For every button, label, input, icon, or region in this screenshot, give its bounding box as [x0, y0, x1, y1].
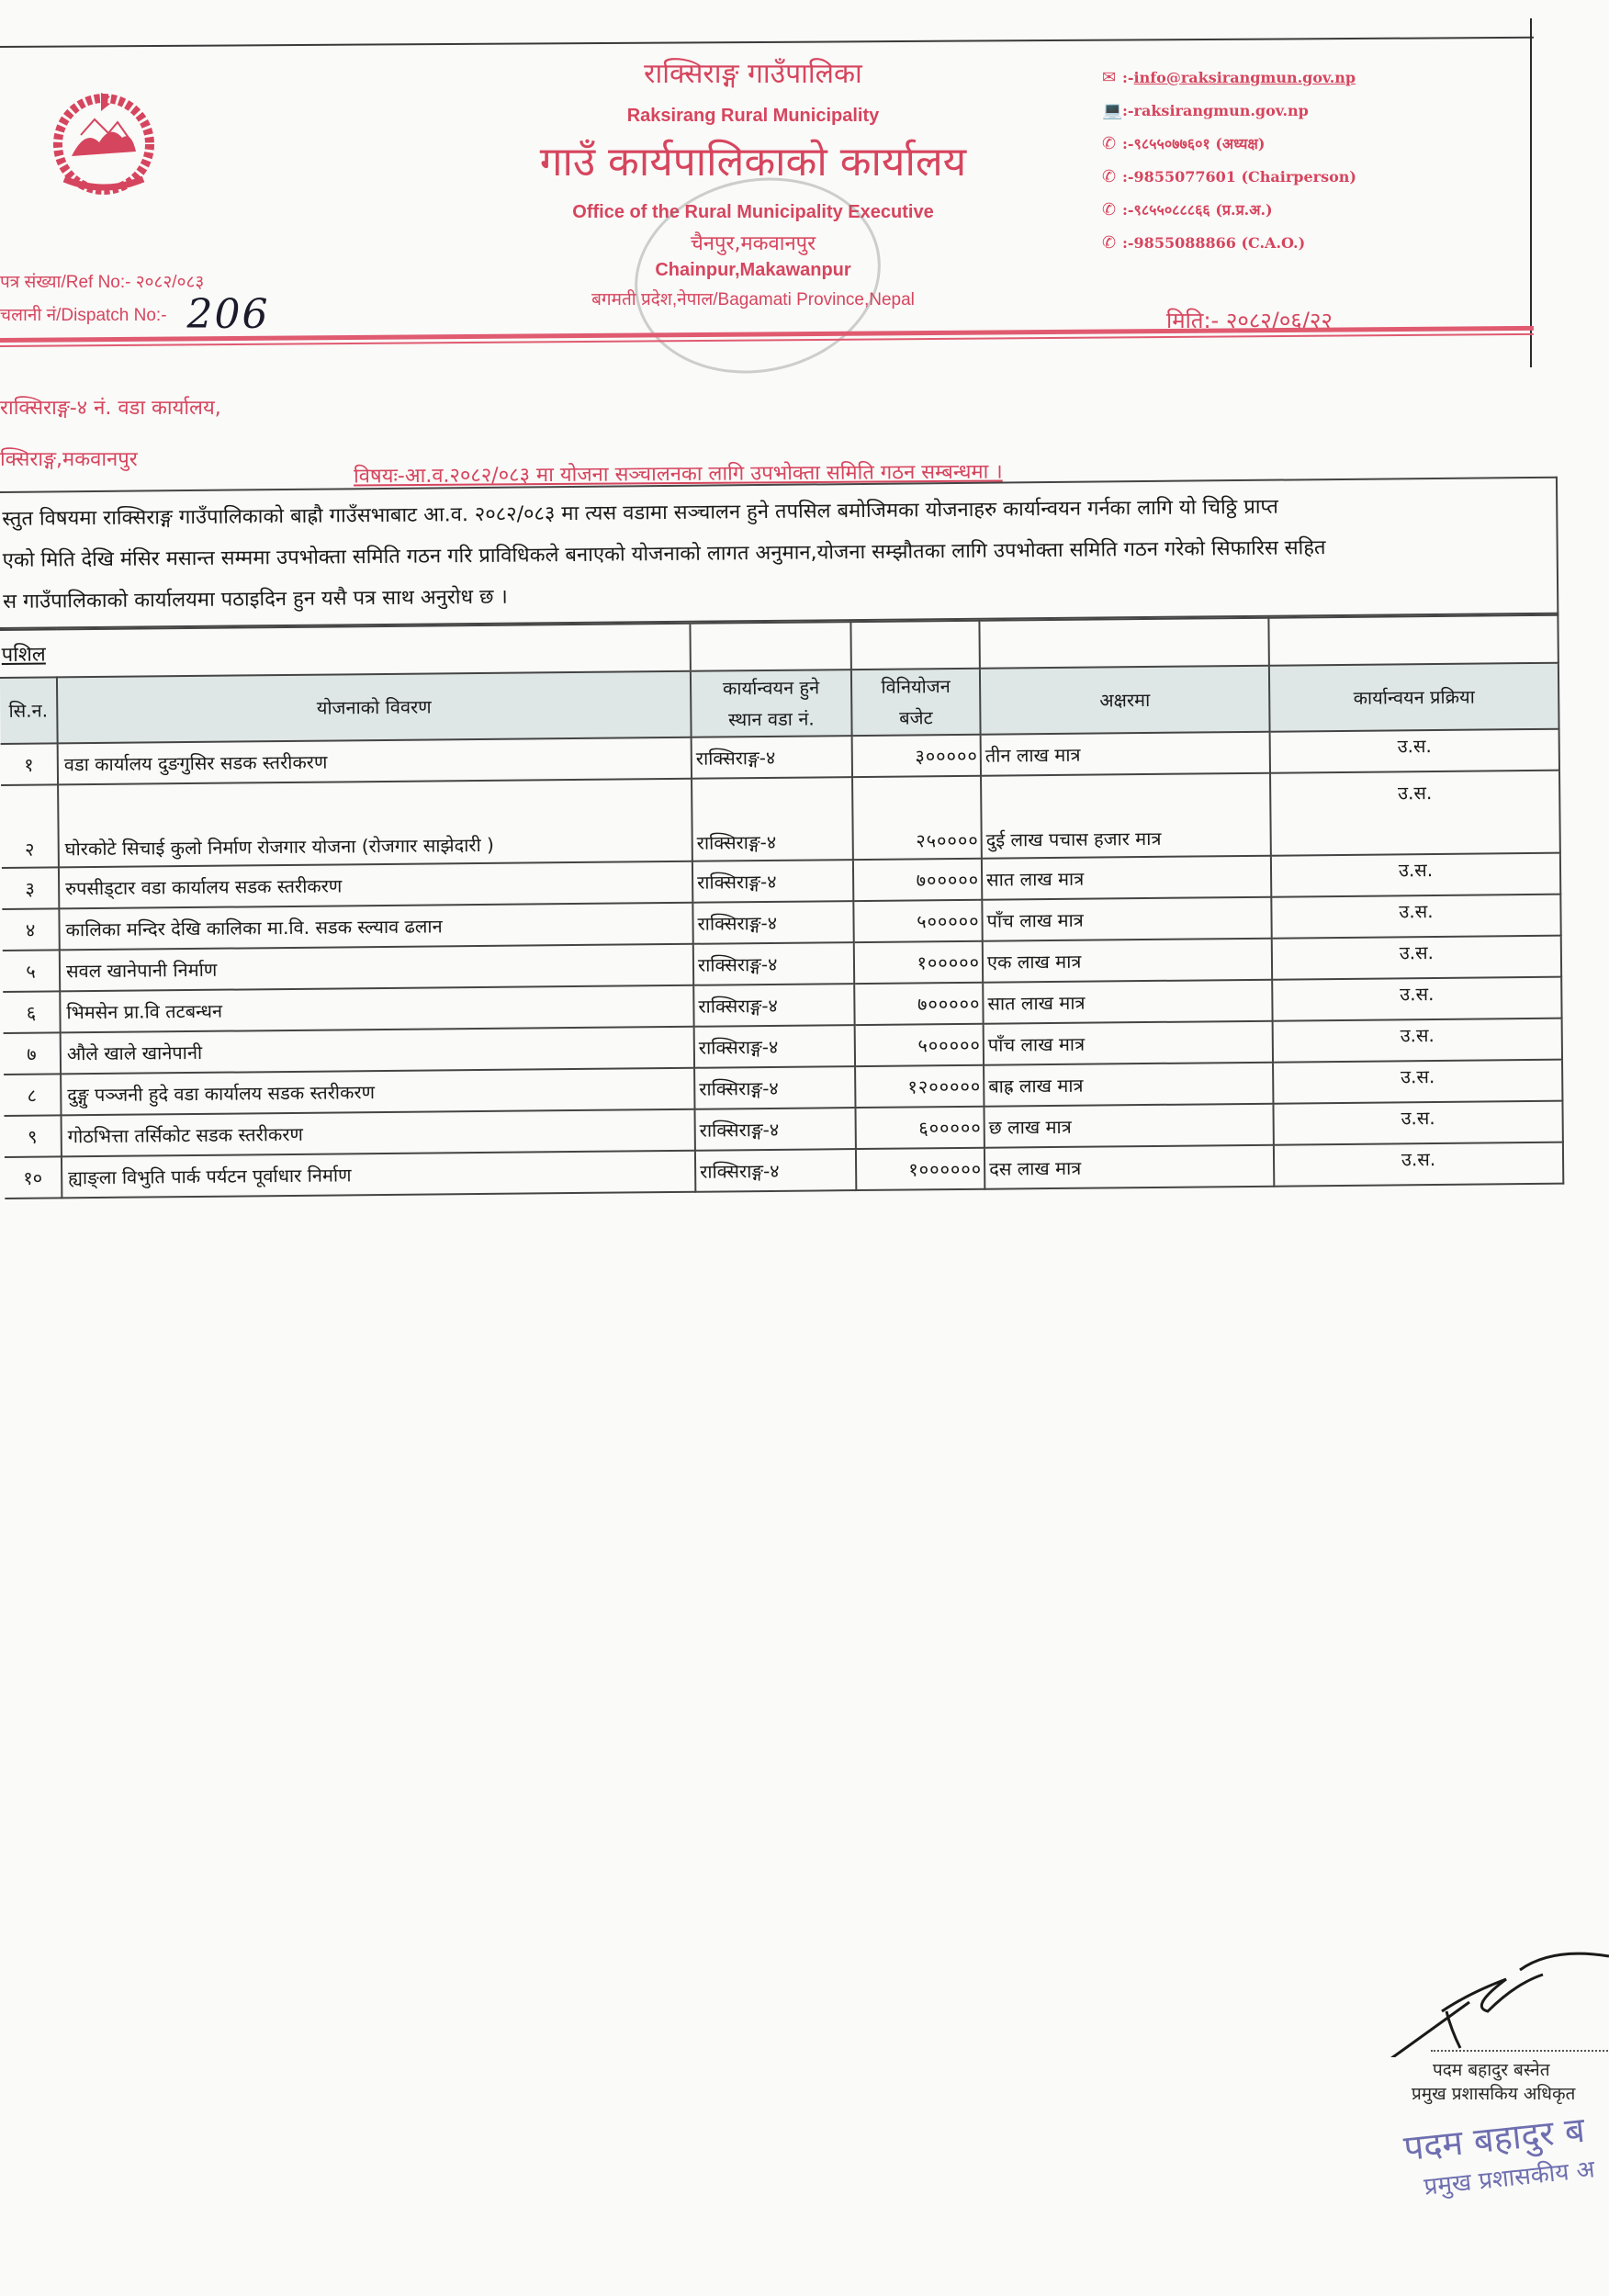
phone-icon: ✆: [1102, 233, 1122, 253]
row-description: घोरकोटे सिचाई कुलो निर्माण रोजगार योजना …: [58, 779, 692, 868]
table-row: २घोरकोटे सिचाई कुलो निर्माण रोजगार योजना…: [1, 771, 1560, 868]
row-location: राक्सिराङ्ग-४: [693, 942, 854, 985]
row-description: औले खाले खानेपानी: [61, 1027, 694, 1075]
header-sn: सि.न.: [0, 677, 58, 744]
row-process: उ.स.: [1273, 1019, 1562, 1063]
row-amount-in-words: बाह्र लाख मात्र: [984, 1063, 1273, 1107]
contact-website: 💻:- raksirangmun.gov.np: [1102, 94, 1356, 127]
row-process: उ.स.: [1271, 895, 1560, 939]
nepal-emblem-icon: [44, 87, 163, 197]
row-budget: १००००००: [856, 1148, 985, 1190]
row-location: राक्सिराङ्ग-४: [693, 984, 854, 1027]
row-location: राक्सिराङ्ग-४: [694, 1066, 855, 1109]
phone-icon: ✆: [1102, 167, 1122, 186]
row-location: राक्सिराङ्ग-४: [694, 1108, 855, 1151]
contact-block: ✉:- info@raksirangmun.gov.np 💻:- raksira…: [1102, 61, 1356, 259]
row-location: राक्सिराङ्ग-४: [692, 736, 852, 779]
letter-content: स्तुत विषयमा राक्सिराङ्ग गाउँपालिकाको बा…: [0, 477, 1564, 1199]
row-location: राक्सिराङ्ग-४: [692, 860, 853, 903]
row-serial: ६: [3, 991, 60, 1033]
row-description: भिमसेन प्रा.वि तटबन्धन: [60, 985, 693, 1033]
row-serial: २: [1, 784, 59, 868]
signature-block: पदम बहादुर बस्नेत प्रमुख प्रशासकिय अधिकृ…: [1359, 1947, 1609, 2223]
contact-phone: ✆:- ९८५५०८८८६६ (प्र.प्र.अ.): [1102, 193, 1356, 226]
letter-page: राक्सिराङ्ग गाउँपालिका Raksirang Rural M…: [0, 0, 1609, 2296]
contact-phone: ✆:- 9855088866 (C.A.O.): [1102, 226, 1356, 259]
header-description: योजनाको विवरण: [57, 671, 692, 744]
row-process: उ.स.: [1274, 1142, 1563, 1187]
header-process: कार्यान्वयन प्रक्रिया: [1269, 663, 1559, 732]
signature-line: [1431, 2050, 1609, 2052]
row-process: उ.स.: [1273, 1060, 1562, 1104]
row-process: उ.स.: [1273, 1101, 1562, 1145]
row-budget: ७०००००: [853, 859, 982, 901]
signatory-name: पदम बहादुर बस्नेत: [1433, 2057, 1550, 2081]
row-serial: १०: [5, 1156, 62, 1199]
envelope-icon: ✉: [1102, 68, 1122, 87]
dispatch-handwritten: 206: [187, 291, 270, 338]
municipality-name-np: राक्सिराङ्ग गाउँपालिका: [514, 53, 992, 91]
row-location: राक्सिराङ्ग-४: [694, 1025, 855, 1068]
row-description: दुङ्गु पञ्जनी हुदे वडा कार्यालय सडक स्तर…: [61, 1068, 694, 1116]
row-budget: १२०००००: [855, 1065, 984, 1108]
letter-body: स्तुत विषयमा राक्सिराङ्ग गाउँपालिकाको बा…: [0, 477, 1558, 629]
row-budget: २५००००: [852, 776, 982, 860]
row-description: ह्याङ्ला विभुति पार्क पर्यटन पूर्वाधार न…: [62, 1151, 695, 1199]
signature-scribble-icon: [1359, 1947, 1609, 2057]
row-amount-in-words: तीन लाख मात्र: [981, 732, 1270, 776]
row-process: उ.स.: [1272, 936, 1561, 980]
reference-block: पत्र संख्या/Ref No:- २०८२/०८३ चलानी नं/D…: [0, 264, 270, 331]
row-amount-in-words: पाँच लाख मात्र: [984, 1021, 1273, 1065]
row-serial: ३: [2, 867, 59, 909]
row-description: गोठभित्ता तर्सिकोट सडक स्तरीकरण: [62, 1109, 695, 1157]
addressee: राक्सिराङ्ग-४ नं. वडा कार्यालय, क्सिराङ्…: [0, 393, 221, 496]
row-description: सवल खानेपानी निर्माण: [60, 944, 693, 992]
municipality-name-en: Raksirang Rural Municipality: [514, 106, 992, 127]
signatory-title: प्रमुख प्रशासकिय अधिकृत: [1412, 2081, 1575, 2105]
header-in-words: अक्षरमा: [980, 666, 1270, 735]
row-description: वडा कार्यालय दुङगुसिर सडक स्तरीकरण: [58, 737, 692, 785]
row-process: उ.स.: [1270, 771, 1560, 856]
row-location: राक्सिराङ्ग-४: [695, 1149, 856, 1192]
row-serial: ७: [4, 1032, 61, 1075]
page-border-top: [0, 37, 1534, 48]
header-budget: विनियोजनबजेट: [851, 669, 981, 736]
phone-icon: ✆: [1102, 134, 1122, 153]
row-location: राक्सिराङ्ग-४: [692, 901, 853, 944]
phone-icon: ✆: [1102, 200, 1122, 219]
row-amount-in-words: सात लाख मात्र: [983, 980, 1272, 1024]
row-budget: १०००००: [854, 941, 983, 984]
row-serial: ५: [3, 950, 60, 992]
contact-phone: ✆:- 9855077601 (Chairperson): [1102, 160, 1356, 193]
header-location: कार्यान्वयन हुनेस्थान वडा नं.: [691, 670, 852, 737]
row-amount-in-words: दुई लाख पचास हजार मात्र: [981, 773, 1271, 859]
row-budget: ३०००००: [852, 735, 981, 777]
row-amount-in-words: सात लाख मात्र: [982, 856, 1271, 900]
page-border-right: [1530, 18, 1532, 367]
computer-icon: 💻: [1102, 101, 1122, 120]
row-process: उ.स.: [1271, 853, 1560, 897]
table-caption: पशिल: [0, 644, 46, 667]
email-link[interactable]: info@raksirangmun.gov.np: [1134, 69, 1356, 86]
dispatch-number: चलानी नं/Dispatch No:- 206: [0, 298, 270, 331]
website-link[interactable]: raksirangmun.gov.np: [1134, 102, 1309, 119]
row-budget: ५०००००: [855, 1024, 984, 1066]
row-process: उ.स.: [1270, 729, 1559, 773]
row-serial: ४: [2, 908, 59, 951]
contact-phone: ✆:- ९८५५०७७६०१ (अध्यक्ष): [1102, 127, 1356, 160]
row-serial: ८: [4, 1074, 61, 1116]
row-amount-in-words: छ लाख मात्र: [984, 1104, 1273, 1148]
row-amount-in-words: पाँच लाख मात्र: [982, 897, 1271, 941]
row-budget: ५०००००: [853, 900, 982, 942]
row-description: कालिका मन्दिर देखि कालिका मा.वि. सडक स्ल…: [59, 903, 692, 951]
row-serial: ९: [5, 1115, 62, 1157]
row-amount-in-words: एक लाख मात्र: [983, 939, 1272, 983]
row-location: राक्सिराङ्ग-४: [692, 777, 853, 861]
row-process: उ.स.: [1272, 977, 1561, 1021]
contact-email: ✉:- info@raksirangmun.gov.np: [1102, 61, 1356, 94]
row-budget: ७०००००: [854, 983, 983, 1025]
row-budget: ६०००००: [855, 1107, 984, 1149]
row-serial: १: [1, 743, 58, 785]
plan-table: पशिल सि.न. योजनाको विवरण कार्यान्वयन हुन…: [0, 614, 1564, 1199]
row-amount-in-words: दस लाख मात्र: [985, 1145, 1274, 1189]
row-description: रुपसीड्टार वडा कार्यालय सडक स्तरीकरण: [59, 861, 692, 909]
